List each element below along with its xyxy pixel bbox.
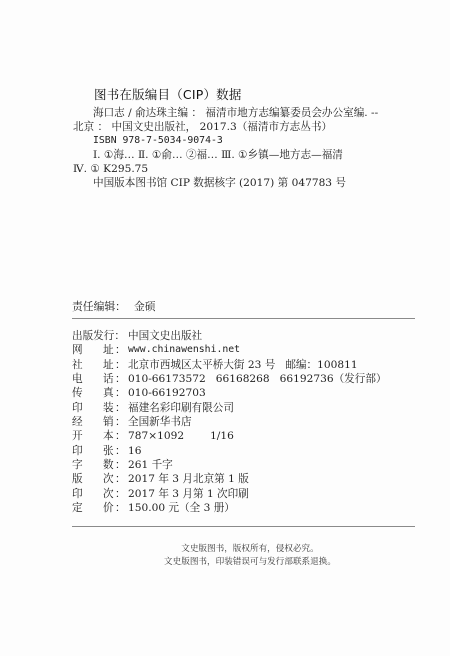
website-row: 网址：www.chinawenshi.net	[72, 343, 417, 357]
copyright-notice: 文史版图书，版权所有，侵权必究。 文史版图书，印装错误可与发行部联系退换。	[100, 543, 400, 569]
row-label-b: 址	[103, 358, 115, 372]
row-label-a: 字	[72, 458, 103, 472]
website-value: www.chinawenshi.net	[128, 343, 240, 357]
format-row: 开本：787×10921/16	[72, 429, 417, 443]
word-count-value: 261 千字	[128, 458, 173, 472]
divider-top	[72, 318, 415, 319]
row-label-b: 张	[103, 444, 115, 458]
cip-line-publication: 北京 ： 中国文史出版社， 2017.3（福清市方志丛书）	[73, 120, 418, 134]
row-colon: ：	[115, 343, 128, 357]
row-colon: ：	[115, 472, 128, 486]
row-label-b: 真	[103, 386, 115, 400]
row-label-a: 定	[72, 501, 103, 515]
distributor-row: 经销：全国新华书店	[72, 415, 417, 429]
phone-value-2: 66168268	[216, 372, 270, 386]
copyright-line: 文史版图书，版权所有，侵权必究。	[100, 543, 400, 556]
row-label-b: 价	[103, 501, 115, 515]
row-label-b: 本	[103, 429, 115, 443]
row-label-a: 电	[72, 372, 103, 386]
sheets-row: 印张：16	[72, 444, 417, 458]
row-label-b: 销	[103, 415, 115, 429]
edition-row: 版次：2017 年 3 月北京第 1 版	[72, 472, 417, 486]
publication-info: 出版发行：中国文史出版社 网址：www.chinawenshi.net 社址：北…	[72, 329, 417, 515]
postcode-label: 邮编：	[285, 358, 317, 372]
row-label-b: 次	[103, 487, 115, 501]
printing-row: 印次：2017 年 3 月第 1 次印刷	[72, 487, 417, 501]
row-label-b: 话	[103, 372, 115, 386]
editor-label: 责任编辑：	[72, 299, 134, 314]
fax-value: 010-66192703	[128, 386, 206, 400]
row-label-b: 装	[103, 401, 115, 415]
copyright-page: 图书在版编目（CIP）数据 海口志 / 俞达珠主编 ： 福清市地方志编纂委员会办…	[0, 0, 450, 656]
phone-value-1: 010-66173572	[128, 372, 206, 386]
row-colon: ：	[115, 444, 128, 458]
phone-row: 电话：010-661735726616826866192736（发行部）	[72, 372, 417, 386]
cip-line-isbn: ISBN 978-7-5034-9074-3	[73, 134, 418, 148]
format-fraction: 1/16	[210, 429, 234, 443]
row-colon: ：	[115, 487, 128, 501]
cip-title: 图书在版编目（CIP）数据	[94, 85, 242, 103]
row-colon: ：	[115, 458, 128, 472]
sheets-value: 16	[128, 444, 141, 458]
distributor-value: 全国新华书店	[128, 415, 192, 429]
row-colon: ：	[115, 401, 128, 415]
fax-row: 传真：010-66192703	[72, 386, 417, 400]
row-label-a: 传	[72, 386, 103, 400]
price-row: 定价：150.00 元（全 3 册）	[72, 501, 417, 515]
row-label-a: 社	[72, 358, 103, 372]
cip-line-classification: Ⅳ. ① K295.75	[73, 162, 418, 176]
postcode-value: 100811	[317, 358, 357, 372]
publisher-row: 出版发行：中国文史出版社	[72, 329, 417, 343]
responsible-editor: 责任编辑：金硕	[72, 299, 156, 314]
row-label-a: 开	[72, 429, 103, 443]
cip-data-block: 海口志 / 俞达珠主编 ： 福清市地方志编纂委员会办公室编. -- 北京 ： 中…	[73, 106, 418, 190]
divider-bottom	[72, 526, 415, 527]
row-label-b: 次	[103, 472, 115, 486]
price-value: 150.00 元（全 3 册）	[128, 501, 235, 515]
cip-line-record-number: 中国版本图书馆 CIP 数据核字 (2017) 第 047783 号	[73, 176, 418, 190]
row-label-b: 数	[103, 458, 115, 472]
row-colon: ：	[115, 415, 128, 429]
cip-line-title-responsibility: 海口志 / 俞达珠主编 ： 福清市地方志编纂委员会办公室编. --	[73, 106, 418, 120]
printer-row: 印装：福建名彩印刷有限公司	[72, 401, 417, 415]
return-policy-line: 文史版图书，印装错误可与发行部联系退换。	[100, 556, 400, 569]
row-colon: ：	[115, 372, 128, 386]
row-colon: ：	[115, 429, 128, 443]
row-label-a: 网	[72, 343, 103, 357]
row-label-a: 经	[72, 415, 103, 429]
publisher-value: 中国文史出版社	[128, 329, 202, 343]
row-label-b: 址	[103, 343, 115, 357]
editor-name: 金硕	[134, 300, 156, 313]
address-value: 北京市西城区太平桥大街 23 号	[128, 358, 275, 372]
row-colon: ：	[115, 358, 128, 372]
word-count-row: 字数：261 千字	[72, 458, 417, 472]
row-label-a: 印	[72, 487, 103, 501]
row-colon: ：	[115, 386, 128, 400]
cip-line-subjects: Ⅰ. ①海… Ⅱ. ①俞… ②福… Ⅲ. ①乡镇—地方志—福清	[73, 148, 418, 162]
phone-value-3: 66192736（发行部）	[280, 372, 387, 386]
publisher-label: 出版发行：	[72, 329, 128, 343]
format-value: 787×1092	[128, 429, 184, 443]
row-label-a: 印	[72, 401, 103, 415]
row-label-a: 印	[72, 444, 103, 458]
address-row: 社址：北京市西城区太平桥大街 23 号邮编：100811	[72, 358, 417, 372]
edition-value: 2017 年 3 月北京第 1 版	[128, 472, 249, 486]
printer-value: 福建名彩印刷有限公司	[128, 401, 234, 415]
printing-value: 2017 年 3 月第 1 次印刷	[128, 487, 249, 501]
row-colon: ：	[115, 501, 128, 515]
row-label-a: 版	[72, 472, 103, 486]
